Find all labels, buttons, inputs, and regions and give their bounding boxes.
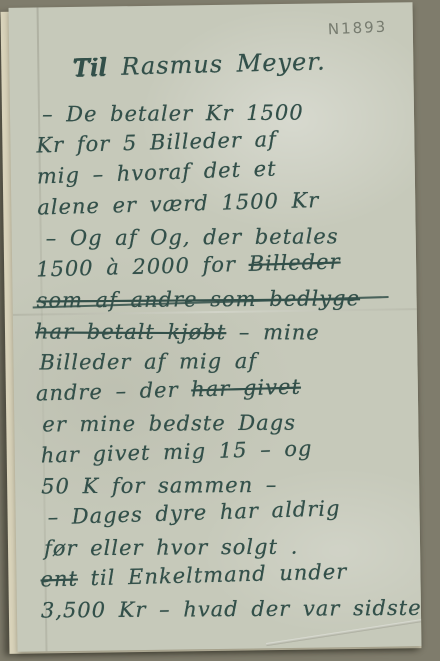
struck-text: som af andre som bedlyge: [37, 286, 361, 312]
handwriting-text: alene er værd 1500 Kr: [37, 188, 320, 219]
handwriting-text: Rasmus Meyer.: [107, 47, 326, 81]
handwriting-text: er mine bedste Dags: [42, 411, 296, 437]
photo-stage: N1893 Til Rasmus Meyer.– De betaler Kr 1…: [0, 0, 440, 661]
handwriting-text: – De betaler Kr 1500: [42, 101, 304, 127]
handwritten-line: har betalt kjøbt – mine: [35, 317, 403, 349]
handwriting-text: før eller hvor solgt .: [44, 535, 298, 561]
handwriting-text: – Dages dyre har aldrig: [47, 496, 341, 529]
handwriting-text: har givet mig 15 – og: [40, 436, 312, 467]
handwriting-text: 3,500 Kr – hvad der var sidste: [41, 596, 422, 623]
struck-text: ent: [40, 566, 78, 591]
handwriting-text: til Enkeltmand under: [78, 559, 348, 590]
struck-text: har givet: [191, 375, 301, 402]
handwriting-text: – mine: [226, 320, 320, 344]
letter-heading: Til Rasmus Meyer.: [73, 42, 400, 85]
letter-body: Til Rasmus Meyer.– De betaler Kr 1500Kr …: [9, 2, 422, 627]
handwritten-line: 3,500 Kr – hvad der var sidste: [41, 593, 407, 627]
handwriting-text: andre – der: [36, 377, 192, 405]
struck-text: Billeder: [248, 250, 341, 276]
handwriting-text: 1500 à 2000 for: [36, 252, 249, 282]
handwriting-text: Kr for 5 Billeder af: [36, 127, 277, 157]
letter-page: N1893 Til Rasmus Meyer.– De betaler Kr 1…: [9, 2, 422, 652]
struck-text: har betalt kjøbt: [35, 320, 226, 345]
handwriting-text: Billeder af mig af: [39, 349, 257, 375]
handwriting-text: 50 K for sammen –: [41, 473, 277, 499]
handwriting-text: Til: [73, 53, 108, 82]
handwriting-text: – Og af Og, der betales: [46, 224, 339, 250]
handwritten-line: som af andre som bedlyge: [37, 283, 403, 317]
handwriting-text: mig – hvoraf det et: [36, 157, 276, 189]
